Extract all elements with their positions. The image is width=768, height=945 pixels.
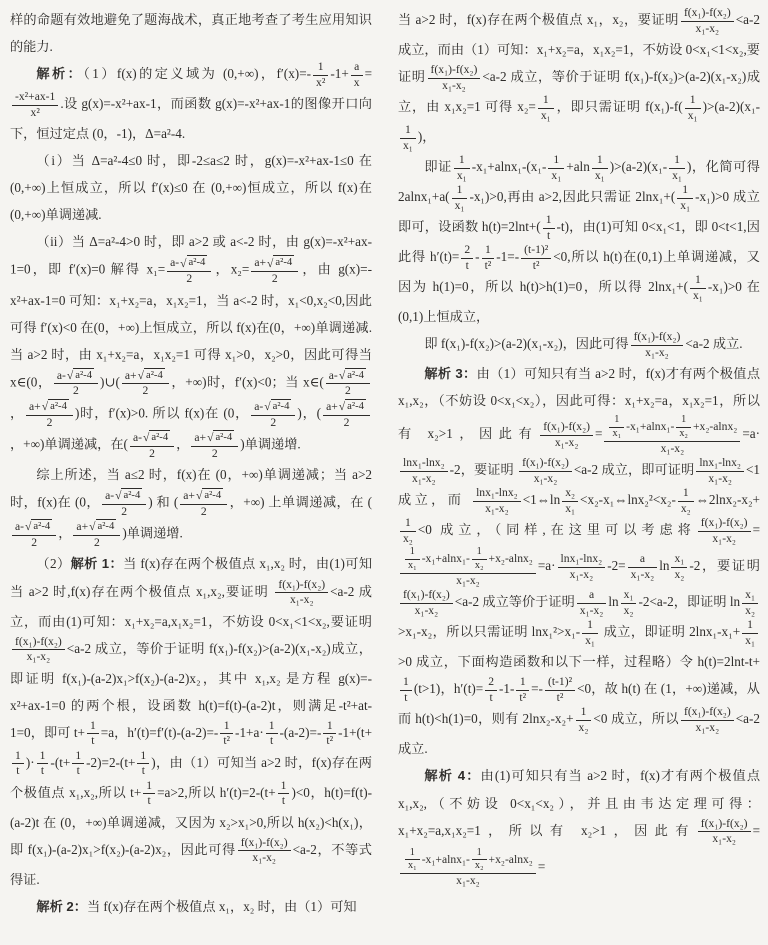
fraction: 1x₂	[472, 546, 487, 573]
fraction: f(x₁)-f(x₂)x₁-x₂	[428, 63, 481, 93]
fraction: 1x₁	[452, 183, 468, 213]
bold-label: 解析 3：	[424, 366, 476, 381]
fraction: 1t	[266, 719, 278, 749]
fraction: ax₁-x₂	[577, 588, 607, 618]
fraction: f(x₁)-f(x₂)x₁-x₂	[519, 456, 572, 486]
fraction: a+√a²-42	[251, 255, 298, 286]
fraction: x₁x₂	[742, 588, 758, 618]
fraction: 1x₁	[400, 123, 416, 153]
fraction: 1t	[37, 749, 49, 779]
fraction: 1x₂	[400, 516, 416, 546]
fraction: 1t	[87, 719, 99, 749]
sqrt-radical: √a²-4	[339, 368, 366, 383]
fraction: 1x₂	[676, 414, 691, 441]
fraction: 1x₁	[405, 546, 420, 573]
fraction: f(x₁)-f(x₂)x₁-x₂	[698, 516, 751, 546]
fraction: f(x₁)-f(x₂)x₁-x₂	[681, 705, 734, 735]
fraction: 1x²	[313, 60, 328, 90]
sqrt-radical: √a²-4	[115, 488, 142, 503]
paragraph: 解析 4：由(1)可知只有当 a>2 时，f(x)才有两个极值点 x₁,x₂,（…	[398, 762, 760, 888]
fraction: 1x₂	[576, 705, 592, 735]
sqrt-radical: √a²-4	[339, 399, 366, 414]
sqrt-radical: √a²-4	[267, 255, 294, 270]
paragraph: 即证1x₁-x₁+alnx₁-(x₁-1x₁+aln1x₁)>(a-2)(x₁-…	[398, 153, 760, 330]
fraction: a+√a²-42	[26, 399, 73, 430]
bold-label: 解析 2：	[36, 899, 87, 914]
fraction: 1t²	[482, 243, 495, 273]
document-page: 样的命题有效地避免了题海战术，真正地考查了考生应用知识的能力.解析：（1）f(x…	[0, 0, 768, 945]
sqrt-radical: √a²-4	[207, 430, 234, 445]
fraction: 1x₂	[472, 847, 487, 874]
fraction: x₁x₂	[621, 588, 637, 618]
fraction: 1t	[400, 675, 412, 705]
fraction: f(x₁)-f(x₂)x₁-x₂	[238, 836, 291, 866]
sqrt-radical: √a²-4	[89, 519, 116, 534]
fraction: 2t	[485, 675, 497, 705]
paragraph: （i）当 Δ=a²-4≤0 时，即-2≤a≤2 时，g(x)=-x²+ax-1≤…	[10, 147, 372, 228]
fraction: 1t²	[516, 675, 529, 705]
fraction: 2t	[461, 243, 473, 273]
fraction: 1x₁	[742, 618, 758, 648]
fraction: 1t	[278, 779, 290, 809]
fraction: 1t	[137, 749, 149, 779]
sqrt-radical: √a²-4	[143, 430, 170, 445]
sqrt-radical: √a²-4	[67, 368, 94, 383]
fraction: a+√a²-42	[122, 368, 169, 399]
paragraph: 解析 3：由（1）可知只有当 a>2 时，f(x)才有两个极值点 x₁,x₂，（…	[398, 360, 760, 762]
fraction: a-√a²-42	[54, 368, 98, 399]
sqrt-radical: √a²-4	[138, 368, 165, 383]
paragraph: 样的命题有效地避免了题海战术，真正地考查了考生应用知识的能力.	[10, 6, 372, 60]
fraction: a+√a²-42	[191, 430, 238, 461]
fraction: ax	[351, 60, 363, 90]
sqrt-radical: √a²-4	[180, 255, 207, 270]
fraction: lnx₁-lnx₂x₁-x₂	[473, 486, 521, 516]
fraction: 1x₁	[538, 93, 554, 123]
sqrt-radical: √a²-4	[196, 488, 223, 503]
left-column: 样的命题有效地避免了题海战术，真正地考查了考生应用知识的能力.解析：（1）f(x…	[10, 6, 372, 937]
fraction: a-√a²-42	[251, 399, 295, 430]
sqrt-radical: √a²-4	[264, 399, 291, 414]
fraction: lnx₁-lnx₂x₁-x₂	[696, 456, 744, 486]
fraction: -x²+ax-1x²	[12, 90, 58, 120]
fraction: 1x₁	[405, 847, 420, 874]
fraction: a+√a²-42	[73, 519, 120, 550]
fraction: f(x₁)-f(x₂)x₁-x₂	[698, 817, 751, 847]
fraction: 1x₁	[609, 414, 624, 441]
sqrt-radical: √a²-4	[42, 399, 69, 414]
fraction: a-√a²-42	[102, 488, 146, 519]
fraction: (t-1)²t²	[521, 243, 551, 273]
fraction: a-√a²-42	[326, 368, 370, 399]
paragraph: 解析 2：当 f(x)存在两个极值点 x₁，x₂ 时，由（1）可知	[10, 893, 372, 920]
fraction: 1x₁	[685, 93, 701, 123]
fraction: x₂x₁	[562, 486, 578, 516]
fraction: f(x₁)-f(x₂)x₁-x₂	[540, 420, 593, 450]
fraction: 1x₁-x₁+alnx₁-1x₂+x₂-alnx₂x₁-x₂	[400, 847, 536, 889]
bold-label: 解析：	[36, 66, 83, 81]
fraction: 1x₁	[677, 183, 693, 213]
paragraph: 当 a>2 时，f(x)存在两个极值点 x₁，x₂，要证明f(x₁)-f(x₂)…	[398, 6, 760, 153]
fraction: x₁x₂	[671, 552, 687, 582]
fraction: 1x₁	[669, 153, 685, 183]
fraction: 1x₁	[592, 153, 608, 183]
fraction: f(x₁)-f(x₂)x₁-x₂	[631, 330, 684, 360]
fraction: f(x₁)-f(x₂)x₁-x₂	[12, 635, 65, 665]
fraction: f(x₁)-f(x₂)x₁-x₂	[681, 6, 734, 36]
fraction: 1x₁	[582, 618, 598, 648]
fraction: 1t²	[220, 719, 233, 749]
bold-label: 解析 4：	[424, 768, 480, 783]
paragraph: 即 f(x₁)-f(x₂)>(a-2)(x₁-x₂)，因此可得f(x₁)-f(x…	[398, 330, 760, 360]
fraction: lnx₁-lnx₂x₁-x₂	[400, 456, 448, 486]
fraction: ax₁-x₂	[628, 552, 658, 582]
fraction: a-√a²-42	[167, 255, 211, 286]
fraction: lnx₁-lnx₂x₁-x₂	[558, 552, 606, 582]
paragraph: （ii）当 Δ=a²-4>0 时，即 a>2 或 a<-2 时，由 g(x)=-…	[10, 228, 372, 461]
fraction: 1t	[72, 749, 84, 779]
fraction: 1t	[543, 213, 555, 243]
paragraph: 综上所述，当 a≤2 时，f(x)在 (0，+∞)单调递减；当 a>2 时，f(…	[10, 461, 372, 550]
fraction: a+√a²-42	[180, 488, 227, 519]
fraction: 1x₁-x₁+alnx₁-1x₂+x₂-alnx₂x₁-x₂	[400, 546, 536, 588]
fraction: 1t	[143, 779, 155, 809]
paragraph: 解析：（1）f(x)的定义域为 (0,+∞)，f′(x)=-1x²-1+ax=-…	[10, 60, 372, 147]
bold-label: 解析 1：	[71, 556, 124, 571]
fraction: 1x₁	[548, 153, 564, 183]
fraction: f(x₁)-f(x₂)x₁-x₂	[400, 588, 453, 618]
fraction: a-√a²-42	[130, 430, 174, 461]
fraction: (t-1)²t²	[545, 675, 575, 705]
right-column: 当 a>2 时，f(x)存在两个极值点 x₁，x₂，要证明f(x₁)-f(x₂)…	[398, 6, 760, 937]
fraction: 1t²	[323, 719, 336, 749]
fraction: a-√a²-42	[12, 519, 56, 550]
fraction: 1x₂	[678, 486, 694, 516]
paragraph: （2）解析 1：当 f(x)存在两个极值点 x₁,x₂ 时，由(1)可知当 a>…	[10, 550, 372, 892]
sqrt-radical: √a²-4	[25, 519, 52, 534]
fraction: f(x₁)-f(x₂)x₁-x₂	[275, 578, 328, 608]
fraction: 1t	[12, 749, 24, 779]
fraction: 1x₁	[454, 153, 470, 183]
fraction: 1x₁-x₁+alnx₁-1x₂+x₂-alnx₂x₁-x₂	[604, 414, 740, 456]
fraction: 1x₁	[690, 273, 706, 303]
fraction: a+√a²-42	[323, 399, 370, 430]
